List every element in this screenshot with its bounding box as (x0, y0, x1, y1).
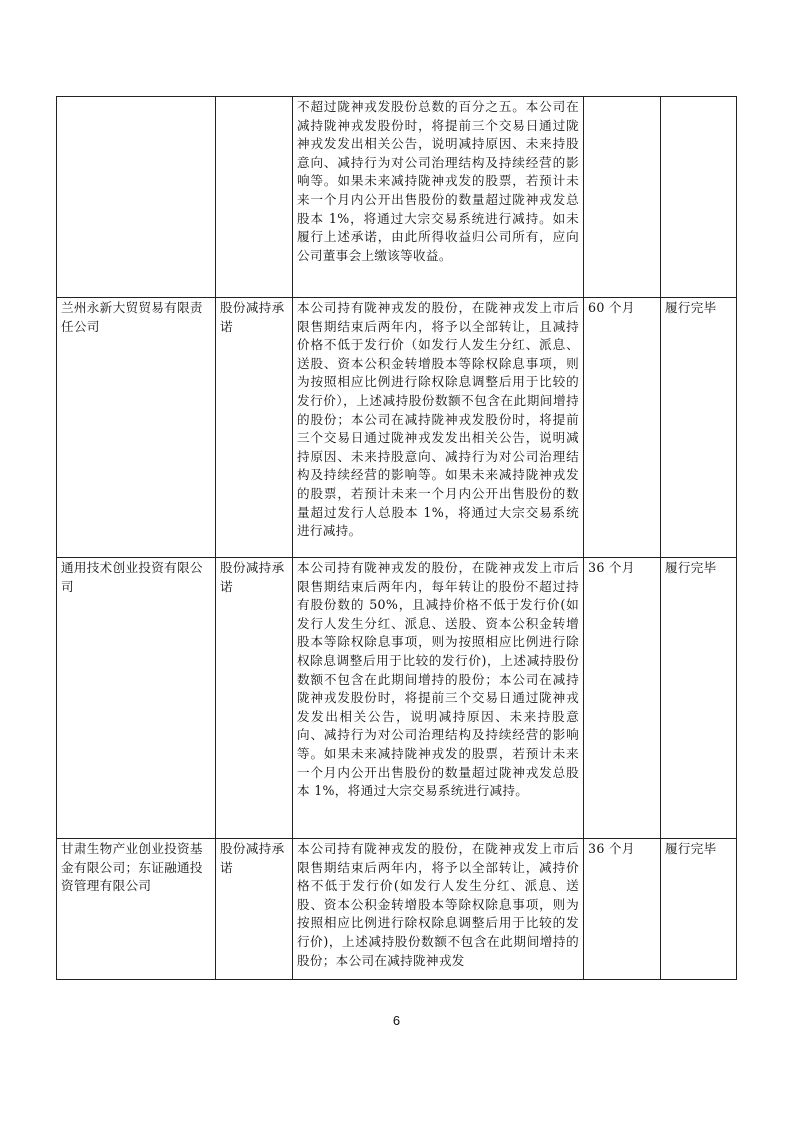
commitment-type-cell: 股份减持承诺 (216, 298, 293, 558)
fulfillment-status-cell: 履行完毕 (661, 558, 737, 839)
fulfillment-status-cell: 履行完毕 (661, 298, 737, 558)
table-row: 兰州永新大贸贸易有限责任公司 股份减持承诺 本公司持有陇神戎发的股份，在陇神戎发… (57, 298, 737, 558)
commitment-term-cell: 60 个月 (584, 298, 661, 558)
committing-party-cell (57, 97, 216, 298)
commitment-content-cell: 不超过陇神戎发股份总数的百分之五。本公司在减持陇神戎发股份时，将提前三个交易日通… (293, 97, 584, 298)
commitment-term-cell: 36 个月 (584, 839, 661, 980)
commitment-type-cell (216, 97, 293, 298)
table-row: 甘肃生物产业创业投资基金有限公司；东证融通投资管理有限公司 股份减持承诺 本公司… (57, 839, 737, 980)
commitment-term-cell: 36 个月 (584, 558, 661, 839)
commitment-content-cell: 本公司持有陇神戎发的股份，在陇神戎发上市后限售期结束后两年内，将予以全部转让，减… (293, 839, 584, 980)
fulfillment-status-cell (661, 97, 737, 298)
table-row: 通用技术创业投资有限公司 股份减持承诺 本公司持有陇神戎发的股份，在陇神戎发上市… (57, 558, 737, 839)
page-number: 6 (0, 1013, 793, 1028)
commitments-table: 不超过陇神戎发股份总数的百分之五。本公司在减持陇神戎发股份时，将提前三个交易日通… (56, 96, 737, 980)
commitment-type-cell: 股份减持承诺 (216, 558, 293, 839)
committing-party-cell: 兰州永新大贸贸易有限责任公司 (57, 298, 216, 558)
table-row: 不超过陇神戎发股份总数的百分之五。本公司在减持陇神戎发股份时，将提前三个交易日通… (57, 97, 737, 298)
commitment-term-cell (584, 97, 661, 298)
fulfillment-status-cell: 履行完毕 (661, 839, 737, 980)
commitment-content-cell: 本公司持有陇神戎发的股份，在陇神戎发上市后限售期结束后两年内，每年转让的股份不超… (293, 558, 584, 839)
committing-party-cell: 甘肃生物产业创业投资基金有限公司；东证融通投资管理有限公司 (57, 839, 216, 980)
committing-party-cell: 通用技术创业投资有限公司 (57, 558, 216, 839)
commitment-content-cell: 本公司持有陇神戎发的股份，在陇神戎发上市后限售期结束后两年内，将予以全部转让，且… (293, 298, 584, 558)
commitment-type-cell: 股份减持承诺 (216, 839, 293, 980)
